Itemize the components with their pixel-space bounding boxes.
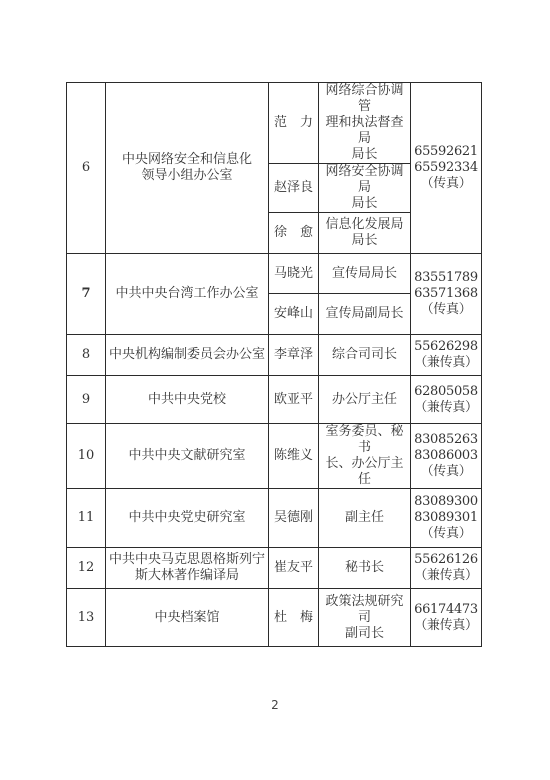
organization-cell: 中央机构编制委员会办公室	[106, 335, 269, 376]
organization-cell: 中央网络安全和信息化 领导小组办公室	[106, 83, 269, 254]
row-number: 7	[67, 254, 106, 335]
phone-cell: 65592621 65592334 （传真）	[411, 83, 482, 254]
organization-cell: 中共中央台湾工作办公室	[106, 254, 269, 335]
person-title: 政策法规研究司 副司长	[319, 589, 411, 647]
organization-cell: 中共中央党校	[106, 376, 269, 424]
person-name: 马晓光	[269, 254, 319, 294]
contacts-table: 6 中央网络安全和信息化 领导小组办公室 范 力 网络综合协调管 理和执法督查局…	[66, 82, 482, 647]
person-name: 赵泽良	[269, 164, 319, 213]
row-number: 10	[67, 424, 106, 489]
person-name: 崔友平	[269, 548, 319, 589]
person-title: 网络安全协调局 局长	[319, 164, 411, 213]
person-name: 安峰山	[269, 294, 319, 335]
person-name: 李章泽	[269, 335, 319, 376]
table-row: 9 中共中央党校 欧亚平 办公厅主任 62805058 （兼传真）	[67, 376, 482, 424]
person-title: 副主任	[319, 489, 411, 548]
page-number: 2	[269, 698, 281, 712]
phone-cell: 83085263 83086003 （传真）	[411, 424, 482, 489]
phone-cell: 83089300 83089301 （传真）	[411, 489, 482, 548]
person-title: 信息化发展局 局长	[319, 213, 411, 254]
person-name: 徐 愈	[269, 213, 319, 254]
organization-cell: 中央档案馆	[106, 589, 269, 647]
table-row: 8 中央机构编制委员会办公室 李章泽 综合司司长 55626298 （兼传真）	[67, 335, 482, 376]
person-name: 吴德刚	[269, 489, 319, 548]
table-row: 13 中央档案馆 杜 梅 政策法规研究司 副司长 66174473 （兼传真）	[67, 589, 482, 647]
organization-cell: 中共中央文献研究室	[106, 424, 269, 489]
person-title: 网络综合协调管 理和执法督查局 局长	[319, 83, 411, 164]
phone-cell: 62805058 （兼传真）	[411, 376, 482, 424]
phone-cell: 55626298 （兼传真）	[411, 335, 482, 376]
row-number: 11	[67, 489, 106, 548]
person-title: 秘书长	[319, 548, 411, 589]
person-title: 综合司司长	[319, 335, 411, 376]
row-number: 13	[67, 589, 106, 647]
table-row: 11 中共中央党史研究室 吴德刚 副主任 83089300 83089301 （…	[67, 489, 482, 548]
person-title: 办公厅主任	[319, 376, 411, 424]
person-name: 陈维义	[269, 424, 319, 489]
person-title: 室务委员、秘书 长、办公厅主任	[319, 424, 411, 489]
person-title: 宣传局局长	[319, 254, 411, 294]
person-name: 欧亚平	[269, 376, 319, 424]
person-name: 杜 梅	[269, 589, 319, 647]
person-title: 宣传局副局长	[319, 294, 411, 335]
organization-cell: 中共中央党史研究室	[106, 489, 269, 548]
person-name: 范 力	[269, 83, 319, 164]
organization-cell: 中共中央马克思恩格斯列宁 斯大林著作编译局	[106, 548, 269, 589]
phone-cell: 83551789 63571368 （传真）	[411, 254, 482, 335]
document-page: 6 中央网络安全和信息化 领导小组办公室 范 力 网络综合协调管 理和执法督查局…	[0, 0, 550, 780]
table-row: 10 中共中央文献研究室 陈维义 室务委员、秘书 长、办公厅主任 8308526…	[67, 424, 482, 489]
row-number: 6	[67, 83, 106, 254]
row-number: 8	[67, 335, 106, 376]
table-row: 7 中共中央台湾工作办公室 马晓光 宣传局局长 83551789 6357136…	[67, 254, 482, 294]
phone-cell: 66174473 （兼传真）	[411, 589, 482, 647]
table-row: 12 中共中央马克思恩格斯列宁 斯大林著作编译局 崔友平 秘书长 5562612…	[67, 548, 482, 589]
row-number: 9	[67, 376, 106, 424]
phone-cell: 55626126 （兼传真）	[411, 548, 482, 589]
table-row: 6 中央网络安全和信息化 领导小组办公室 范 力 网络综合协调管 理和执法督查局…	[67, 83, 482, 164]
row-number: 12	[67, 548, 106, 589]
